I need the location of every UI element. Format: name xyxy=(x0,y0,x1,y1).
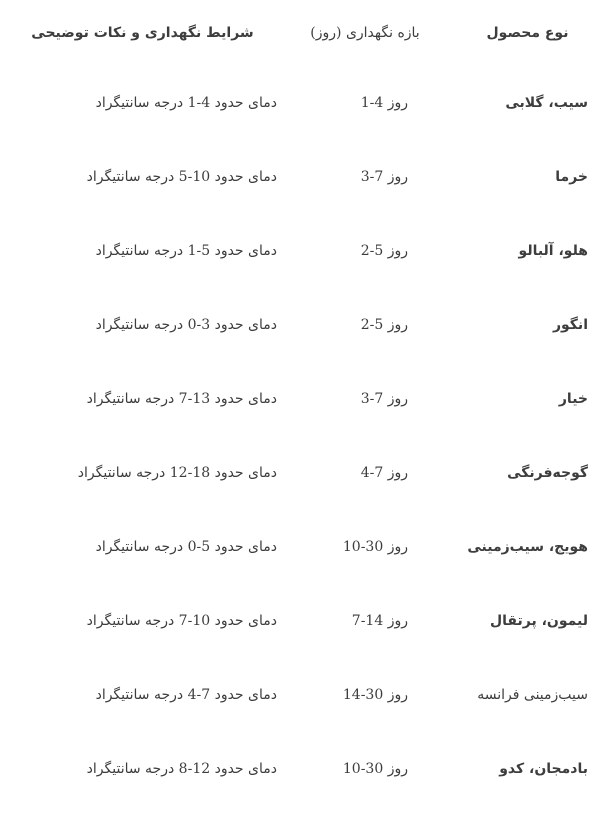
duration-value: 3-7 روز xyxy=(285,140,445,214)
product-name: هویج، سیب‌زمینی xyxy=(445,510,610,584)
product-name: سیب، گلابی xyxy=(445,66,610,140)
header-storage-conditions: شرایط نگهداری و نکات توضیحی xyxy=(0,0,285,66)
duration-value: 10-30 روز xyxy=(285,510,445,584)
storage-conditions: دمای حدود 18-12 درجه سانتیگراد xyxy=(0,436,285,510)
product-name: گوجه‌فرنگی xyxy=(445,436,610,510)
table-row: هلو، آلبالو 2-5 روز دمای حدود 5-1 درجه س… xyxy=(0,214,610,288)
header-row: نوع محصول بازه نگهداری (روز) شرایط نگهدا… xyxy=(0,0,610,66)
duration-value: 3-7 روز xyxy=(285,362,445,436)
table-row: سیب، گلابی 1-4 روز دمای حدود 4-1 درجه سا… xyxy=(0,66,610,140)
product-name: بادمجان، کدو xyxy=(445,732,610,806)
storage-conditions: دمای حدود 10-7 درجه سانتیگراد xyxy=(0,584,285,658)
storage-conditions: دمای حدود 13-7 درجه سانتیگراد xyxy=(0,362,285,436)
duration-value: 2-5 روز xyxy=(285,288,445,362)
storage-conditions: دمای حدود 7-4 درجه سانتیگراد xyxy=(0,658,285,732)
product-name: خیار xyxy=(445,362,610,436)
product-name: هلو، آلبالو xyxy=(445,214,610,288)
product-name: خرما xyxy=(445,140,610,214)
product-name: سیب‌زمینی فرانسه xyxy=(445,658,610,732)
duration-value: 4-7 روز xyxy=(285,436,445,510)
header-storage-duration: بازه نگهداری (روز) xyxy=(285,0,445,66)
table-row: سیب‌زمینی فرانسه 14-30 روز دمای حدود 7-4… xyxy=(0,658,610,732)
duration-value: 10-30 روز xyxy=(285,732,445,806)
product-name: انگور xyxy=(445,288,610,362)
storage-table: نوع محصول بازه نگهداری (روز) شرایط نگهدا… xyxy=(0,0,610,806)
duration-value: 1-4 روز xyxy=(285,66,445,140)
table-row: هویج، سیب‌زمینی 10-30 روز دمای حدود 5-0 … xyxy=(0,510,610,584)
duration-value: 14-30 روز xyxy=(285,658,445,732)
table-row: انگور 2-5 روز دمای حدود 3-0 درجه سانتیگر… xyxy=(0,288,610,362)
product-name: لیمون، پرتقال xyxy=(445,584,610,658)
header-product-type: نوع محصول xyxy=(445,0,610,66)
table-row: بادمجان، کدو 10-30 روز دمای حدود 12-8 در… xyxy=(0,732,610,806)
storage-conditions: دمای حدود 4-1 درجه سانتیگراد xyxy=(0,66,285,140)
table-row: خیار 3-7 روز دمای حدود 13-7 درجه سانتیگر… xyxy=(0,362,610,436)
storage-conditions: دمای حدود 10-5 درجه سانتیگراد xyxy=(0,140,285,214)
duration-value: 2-5 روز xyxy=(285,214,445,288)
table-row: لیمون، پرتقال 7-14 روز دمای حدود 10-7 در… xyxy=(0,584,610,658)
table-row: گوجه‌فرنگی 4-7 روز دمای حدود 18-12 درجه … xyxy=(0,436,610,510)
storage-conditions: دمای حدود 3-0 درجه سانتیگراد xyxy=(0,288,285,362)
table-row: خرما 3-7 روز دمای حدود 10-5 درجه سانتیگر… xyxy=(0,140,610,214)
storage-conditions: دمای حدود 12-8 درجه سانتیگراد xyxy=(0,732,285,806)
storage-conditions: دمای حدود 5-1 درجه سانتیگراد xyxy=(0,214,285,288)
storage-conditions: دمای حدود 5-0 درجه سانتیگراد xyxy=(0,510,285,584)
duration-value: 7-14 روز xyxy=(285,584,445,658)
